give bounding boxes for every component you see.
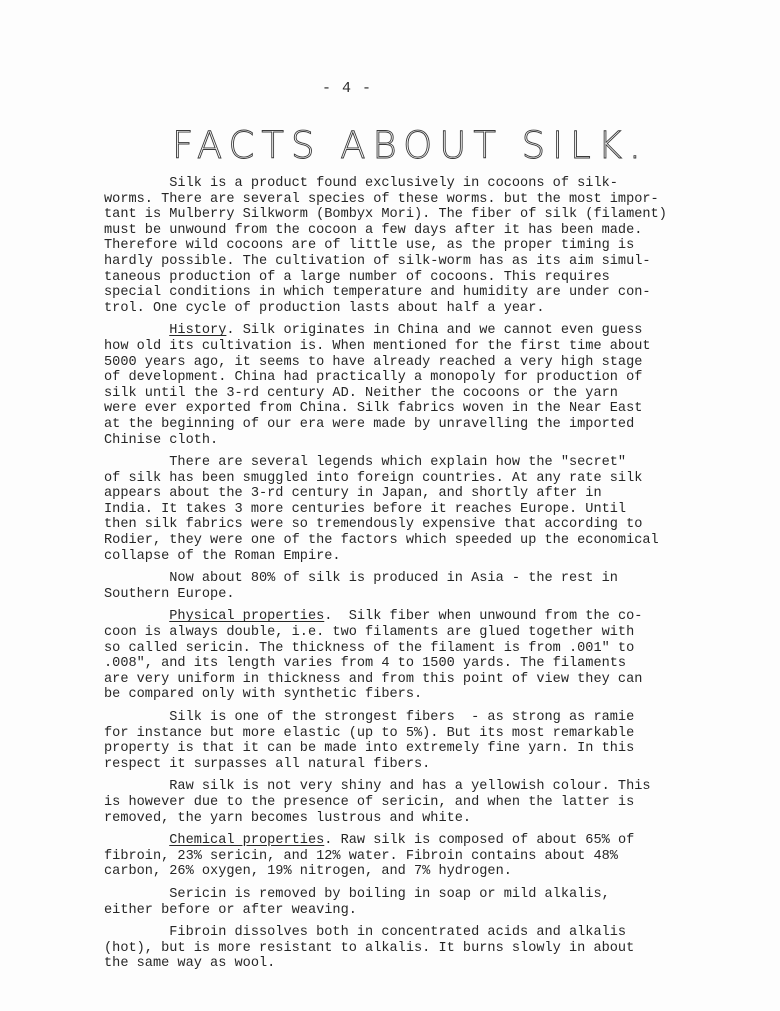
text-line: Rodier, they were one of the factors whi… bbox=[104, 533, 684, 549]
text-line: appears about the 3-rd century in Japan,… bbox=[104, 486, 684, 502]
text-line: Physical properties. Silk fiber when unw… bbox=[104, 609, 684, 625]
text-line: India. It takes 3 more centuries before … bbox=[104, 502, 684, 518]
text-line: Sericin is removed by boiling in soap or… bbox=[104, 887, 684, 903]
paragraph: There are several legends which explain … bbox=[104, 455, 684, 564]
text-line: either before or after weaving. bbox=[104, 903, 684, 919]
paragraph: Silk is a product found exclusively in c… bbox=[104, 176, 684, 316]
paragraph: Silk is one of the strongest fibers - as… bbox=[104, 710, 684, 772]
text-line: silk until the 3-rd century AD. Neither … bbox=[104, 386, 684, 402]
text-line: how old its cultivation is. When mention… bbox=[104, 339, 684, 355]
text-line: were ever exported from China. Silk fabr… bbox=[104, 401, 684, 417]
text-line: removed, the yarn becomes lustrous and w… bbox=[104, 811, 684, 827]
text-line: .008", and its length varies from 4 to 1… bbox=[104, 656, 684, 672]
paragraph: Fibroin dissolves both in concentrated a… bbox=[104, 925, 684, 972]
text-line: property is that it can be made into ext… bbox=[104, 741, 684, 757]
text-line: be compared only with synthetic fibers. bbox=[104, 687, 684, 703]
text-line: worms. There are several species of thes… bbox=[104, 192, 684, 208]
text-line: Chemical properties. Raw silk is compose… bbox=[104, 833, 684, 849]
text-line: must be unwound from the cocoon a few da… bbox=[104, 223, 684, 239]
section-heading: Chemical properties bbox=[169, 833, 324, 848]
document-body: Silk is a product found exclusively in c… bbox=[104, 176, 684, 979]
page-title: FACTS ABOUT SILK. bbox=[172, 124, 648, 167]
text-line: are very uniform in thickness and from t… bbox=[104, 672, 684, 688]
section-heading: Physical properties bbox=[169, 609, 324, 624]
section-paragraph: History. Silk originates in China and we… bbox=[104, 323, 684, 448]
paragraph: Raw silk is not very shiny and has a yel… bbox=[104, 779, 684, 826]
text-line: of development. China had practically a … bbox=[104, 370, 684, 386]
text-line: at the beginning of our era were made by… bbox=[104, 417, 684, 433]
text-line: trol. One cycle of production lasts abou… bbox=[104, 301, 684, 317]
text-line: hardly possible. The cultivation of silk… bbox=[104, 254, 684, 270]
text-line: Therefore wild cocoons are of little use… bbox=[104, 238, 684, 254]
text-line: then silk fabrics were so tremendously e… bbox=[104, 517, 684, 533]
text-line: (hot), but is more resistant to alkalis.… bbox=[104, 941, 684, 957]
text-line: of silk has been smuggled into foreign c… bbox=[104, 471, 684, 487]
text-line: History. Silk originates in China and we… bbox=[104, 323, 684, 339]
text-line: is however due to the presence of serici… bbox=[104, 795, 684, 811]
text-line: 5000 years ago, it seems to have already… bbox=[104, 355, 684, 371]
text-line: Chinise cloth. bbox=[104, 433, 684, 449]
document-page: - 4 - FACTS ABOUT SILK. Silk is a produc… bbox=[0, 0, 780, 1011]
text-line: Silk is a product found exclusively in c… bbox=[104, 176, 684, 192]
section-heading: History bbox=[169, 323, 226, 338]
text-line: so called sericin. The thickness of the … bbox=[104, 641, 684, 657]
section-paragraph: Chemical properties. Raw silk is compose… bbox=[104, 833, 684, 880]
text-line: carbon, 26% oxygen, 19% nitrogen, and 7%… bbox=[104, 864, 684, 880]
page-number: - 4 - bbox=[322, 80, 372, 97]
paragraph: Sericin is removed by boiling in soap or… bbox=[104, 887, 684, 918]
text-line: There are several legends which explain … bbox=[104, 455, 684, 471]
text-line: Raw silk is not very shiny and has a yel… bbox=[104, 779, 684, 795]
text-line: fibroin, 23% sericin, and 12% water. Fib… bbox=[104, 849, 684, 865]
text-line: respect it surpasses all natural fibers. bbox=[104, 757, 684, 773]
text-line: Fibroin dissolves both in concentrated a… bbox=[104, 925, 684, 941]
text-line: Now about 80% of silk is produced in Asi… bbox=[104, 571, 684, 587]
text-line: the same way as wool. bbox=[104, 956, 684, 972]
text-line: coon is always double, i.e. two filament… bbox=[104, 625, 684, 641]
text-line: tant is Mulberry Silkworm (Bombyx Mori).… bbox=[104, 207, 684, 223]
text-line: collapse of the Roman Empire. bbox=[104, 549, 684, 565]
text-line: special conditions in which temperature … bbox=[104, 285, 684, 301]
section-paragraph: Physical properties. Silk fiber when unw… bbox=[104, 609, 684, 703]
text-line: Southern Europe. bbox=[104, 587, 684, 603]
text-line: Silk is one of the strongest fibers - as… bbox=[104, 710, 684, 726]
text-line: taneous production of a large number of … bbox=[104, 270, 684, 286]
paragraph: Now about 80% of silk is produced in Asi… bbox=[104, 571, 684, 602]
text-line: for instance but more elastic (up to 5%)… bbox=[104, 726, 684, 742]
